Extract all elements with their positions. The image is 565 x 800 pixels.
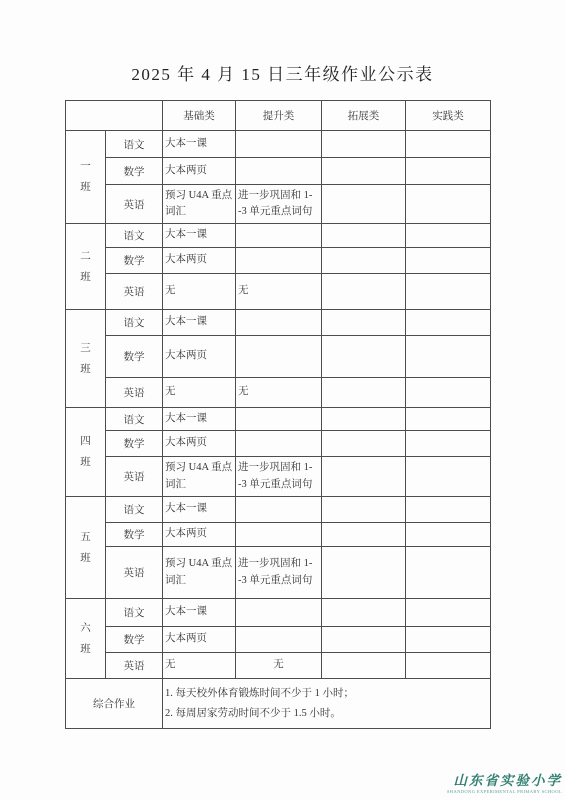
cell-expand (322, 185, 406, 224)
class-label: 三班 (80, 338, 92, 380)
cell-improve (236, 523, 322, 547)
school-name-cn: 山东省实验小学 (447, 774, 562, 789)
school-name-en: SHANDONG EXPERIMENTAL PRIMARY SCHOOL (447, 790, 562, 795)
header-blank-cell (66, 101, 163, 131)
class-label: 二班 (80, 246, 92, 288)
table-row: 英语 预习 U4A 重点 词汇 进一步巩固和 1- -3 单元重点词句 (66, 547, 491, 599)
class-label-cell: 一班 (66, 131, 106, 224)
cell-basic: 大本两页 (163, 248, 236, 274)
page-title: 2025 年 4 月 15 日三年级作业公示表 (0, 60, 565, 85)
cell-practice (406, 378, 491, 408)
cell-practice (406, 185, 491, 224)
cell-practice (406, 523, 491, 547)
subject-cell: 语文 (106, 408, 163, 431)
cell-practice (406, 274, 491, 310)
cell-expand (322, 274, 406, 310)
table-row: 数学 大本两页 (66, 248, 491, 274)
cell-basic: 大本一课 (163, 131, 236, 158)
table-row: 二班 语文 大本一课 (66, 224, 491, 248)
cell-improve (236, 627, 322, 653)
cell-improve: 无 (236, 274, 322, 310)
footer-line: 2. 每周居家劳动时间不少于 1.5 小时。 (165, 704, 488, 724)
table-row: 英语 无 无 (66, 378, 491, 408)
cell-improve: 进一步巩固和 1- -3 单元重点词句 (236, 185, 322, 224)
cell-practice (406, 457, 491, 497)
class-label-cell: 二班 (66, 224, 106, 310)
cell-improve (236, 310, 322, 336)
cell-expand (322, 547, 406, 599)
cell-improve: 无 (236, 378, 322, 408)
header-row: 基础类 提升类 拓展类 实践类 (66, 101, 491, 131)
cell-practice (406, 158, 491, 185)
subject-cell: 英语 (106, 653, 163, 679)
cell-basic: 大本一课 (163, 599, 236, 627)
class-label-cell: 三班 (66, 310, 106, 408)
cell-improve (236, 431, 322, 457)
subject-cell: 数学 (106, 158, 163, 185)
subject-cell: 数学 (106, 431, 163, 457)
table-row: 数学 大本两页 (66, 431, 491, 457)
cell-improve (236, 158, 322, 185)
table-row: 英语 无 无 (66, 653, 491, 679)
cell-basic: 无 (163, 653, 236, 679)
table-row: 英语 无 无 (66, 274, 491, 310)
cell-expand (322, 431, 406, 457)
cell-practice (406, 431, 491, 457)
header-basic-category: 基础类 (163, 101, 236, 131)
cell-expand (322, 457, 406, 497)
footer-line: 1. 每天校外体育锻炼时间不少于 1 小时； (165, 684, 488, 704)
class-label: 一班 (80, 156, 92, 198)
cell-improve (236, 131, 322, 158)
cell-expand (322, 627, 406, 653)
cell-practice (406, 224, 491, 248)
cell-expand (322, 408, 406, 431)
cell-improve (236, 408, 322, 431)
class-label: 六班 (80, 618, 92, 660)
cell-expand (322, 523, 406, 547)
homework-table: 基础类 提升类 拓展类 实践类 一班 语文 大本一课 数学 大本两页 英语 预习… (65, 100, 491, 729)
table-row: 三班 语文 大本一课 (66, 310, 491, 336)
header-practice-category: 实践类 (406, 101, 491, 131)
table-row: 五班 语文 大本一课 (66, 497, 491, 523)
cell-expand (322, 336, 406, 378)
header-improve-category: 提升类 (236, 101, 322, 131)
cell-practice (406, 653, 491, 679)
subject-cell: 英语 (106, 274, 163, 310)
subject-cell: 语文 (106, 224, 163, 248)
table-row: 英语 预习 U4A 重点 词汇 进一步巩固和 1- -3 单元重点词句 (66, 185, 491, 224)
cell-expand (322, 224, 406, 248)
cell-improve: 进一步巩固和 1- -3 单元重点词句 (236, 547, 322, 599)
footer-row: 综合作业 1. 每天校外体育锻炼时间不少于 1 小时； 2. 每周居家劳动时间不… (66, 679, 491, 729)
subject-cell: 语文 (106, 310, 163, 336)
table-row: 四班 语文 大本一课 (66, 408, 491, 431)
cell-expand (322, 248, 406, 274)
cell-basic: 大本一课 (163, 310, 236, 336)
subject-cell: 语文 (106, 131, 163, 158)
cell-practice (406, 599, 491, 627)
cell-improve (236, 224, 322, 248)
cell-practice (406, 248, 491, 274)
cell-expand (322, 378, 406, 408)
footer-content-cell: 1. 每天校外体育锻炼时间不少于 1 小时； 2. 每周居家劳动时间不少于 1.… (163, 679, 491, 729)
cell-basic: 预习 U4A 重点 词汇 (163, 457, 236, 497)
cell-improve: 无 (236, 653, 322, 679)
cell-basic: 大本一课 (163, 497, 236, 523)
cell-basic: 预习 U4A 重点 词汇 (163, 185, 236, 224)
cell-practice (406, 547, 491, 599)
cell-improve (236, 336, 322, 378)
table-row: 数学 大本两页 (66, 627, 491, 653)
subject-cell: 语文 (106, 497, 163, 523)
cell-basic: 大本两页 (163, 523, 236, 547)
table-row: 英语 预习 U4A 重点 词汇 进一步巩固和 1- -3 单元重点词句 (66, 457, 491, 497)
cell-basic: 预习 U4A 重点 词汇 (163, 547, 236, 599)
school-watermark: 山东省实验小学 SHANDONG EXPERIMENTAL PRIMARY SC… (447, 774, 562, 795)
subject-cell: 数学 (106, 523, 163, 547)
subject-cell: 数学 (106, 248, 163, 274)
subject-cell: 数学 (106, 627, 163, 653)
subject-cell: 英语 (106, 457, 163, 497)
class-label: 四班 (80, 431, 92, 473)
class-label: 五班 (80, 527, 92, 569)
document-page: 2025 年 4 月 15 日三年级作业公示表 基础类 提升类 拓展类 实践类 … (0, 0, 565, 800)
cell-basic: 大本一课 (163, 224, 236, 248)
cell-basic: 大本两页 (163, 336, 236, 378)
cell-basic: 无 (163, 378, 236, 408)
table-row: 数学 大本两页 (66, 158, 491, 185)
cell-improve (236, 248, 322, 274)
cell-basic: 大本一课 (163, 408, 236, 431)
cell-improve (236, 497, 322, 523)
cell-practice (406, 310, 491, 336)
subject-cell: 英语 (106, 547, 163, 599)
cell-basic: 无 (163, 274, 236, 310)
cell-expand (322, 653, 406, 679)
cell-improve (236, 599, 322, 627)
cell-basic: 大本两页 (163, 431, 236, 457)
table-row: 一班 语文 大本一课 (66, 131, 491, 158)
class-label-cell: 四班 (66, 408, 106, 497)
cell-expand (322, 131, 406, 158)
cell-basic: 大本两页 (163, 158, 236, 185)
cell-expand (322, 158, 406, 185)
subject-cell: 英语 (106, 185, 163, 224)
cell-practice (406, 336, 491, 378)
cell-expand (322, 599, 406, 627)
footer-label-cell: 综合作业 (66, 679, 163, 729)
header-expand-category: 拓展类 (322, 101, 406, 131)
cell-practice (406, 497, 491, 523)
cell-practice (406, 131, 491, 158)
cell-expand (322, 310, 406, 336)
table-row: 六班 语文 大本一课 (66, 599, 491, 627)
cell-practice (406, 408, 491, 431)
cell-expand (322, 497, 406, 523)
subject-cell: 数学 (106, 336, 163, 378)
class-label-cell: 五班 (66, 497, 106, 599)
cell-basic: 大本两页 (163, 627, 236, 653)
cell-improve: 进一步巩固和 1- -3 单元重点词句 (236, 457, 322, 497)
class-label-cell: 六班 (66, 599, 106, 679)
cell-practice (406, 627, 491, 653)
table-row: 数学 大本两页 (66, 523, 491, 547)
subject-cell: 语文 (106, 599, 163, 627)
table-row: 数学 大本两页 (66, 336, 491, 378)
subject-cell: 英语 (106, 378, 163, 408)
